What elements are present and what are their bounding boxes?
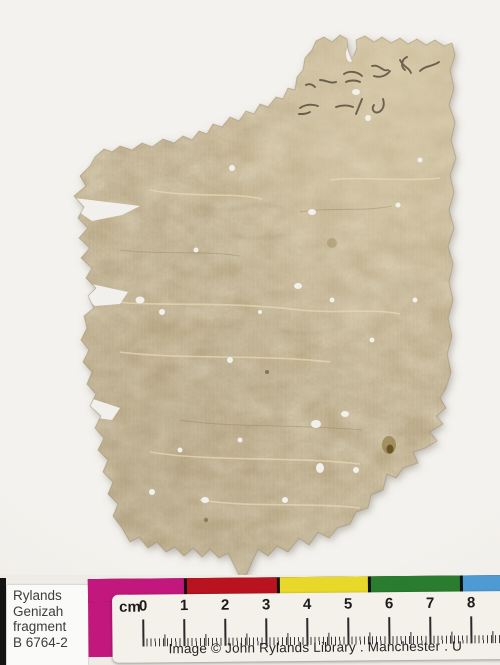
- photo-area: [0, 0, 500, 577]
- ruler-number: 3: [262, 596, 271, 613]
- cm-ruler: cm 012345678 Image © John Rylands Librar…: [112, 591, 500, 663]
- ruler-number: 2: [221, 597, 230, 614]
- ruler-unit-label: cm: [119, 599, 141, 616]
- ruler-number: 8: [467, 594, 476, 611]
- copyright-text: Image © John Rylands Library . Mancheste…: [168, 638, 500, 656]
- ruler-number: 1: [180, 597, 189, 614]
- ruler-number: 7: [426, 595, 435, 612]
- fragment-texture: [60, 25, 470, 577]
- fragment-image: [0, 0, 500, 577]
- bottom-strip: Rylands Genizah fragment B 6764-2 cm 012…: [0, 575, 500, 665]
- ruler-number: 6: [385, 595, 394, 612]
- ruler-number: 5: [344, 596, 353, 613]
- ruler-number: 4: [303, 596, 312, 613]
- ruler-number: 0: [139, 597, 148, 614]
- scale-group: cm 012345678 Image © John Rylands Librar…: [0, 575, 500, 665]
